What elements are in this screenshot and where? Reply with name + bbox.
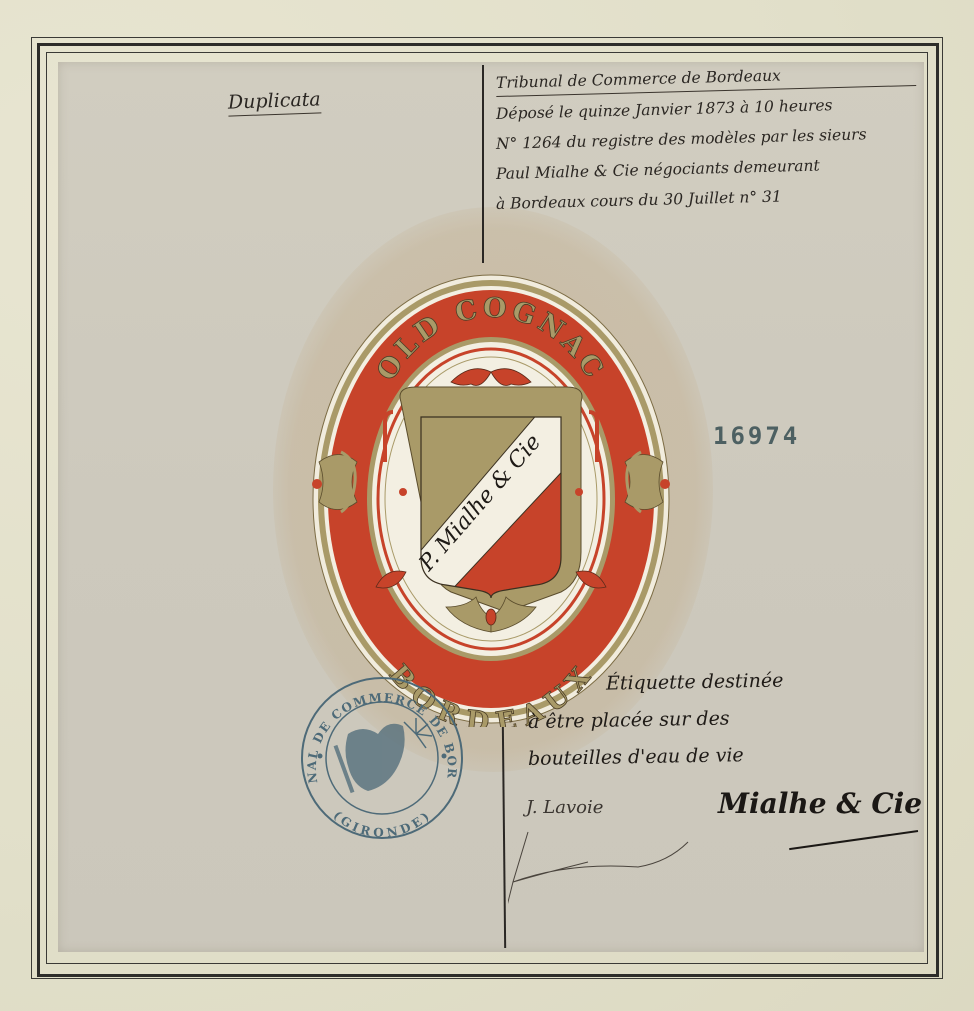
seal-stamp-icon: TRIBUNAL DE COMMERCE DE BORDEAUX (GIROND… [298,674,466,842]
note-line: bouteilles d'eau de vie [528,734,929,778]
cognac-label-artwork: OLD COGNAC BORDEAUX [311,272,671,727]
svg-text:(GIRONDE): (GIRONDE) [331,808,433,840]
seal-text-bottom: (GIRONDE) [331,808,433,840]
stamped-number: 16974 [713,422,800,450]
document-sheet: Duplicata Tribunal de Commerce de Bordea… [58,62,924,952]
registry-note: Tribunal de Commerce de Bordeaux Déposé … [496,70,916,219]
signature-flourish-icon [508,822,708,932]
tribunal-seal: TRIBUNAL DE COMMERCE DE BORDEAUX (GIROND… [298,674,466,842]
signature-clerk: J. Lavoie [526,797,603,818]
cognac-label: OLD COGNAC BORDEAUX [311,272,671,727]
divider-line-top [482,65,484,263]
signature-underline [789,830,918,850]
label-description-note: Étiquette destinée à être placée sur des… [528,667,928,778]
duplicata-annotation: Duplicata [228,88,322,116]
signature-merchant: Mialhe & Cie [718,787,922,820]
